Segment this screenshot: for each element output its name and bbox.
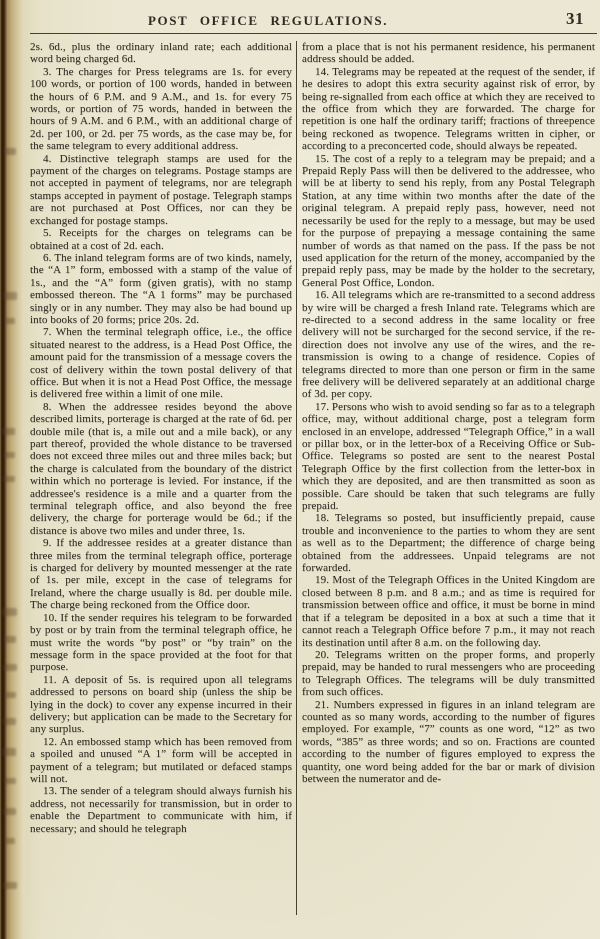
page-edge-artifact: [5, 692, 16, 698]
paragraph: 15. The cost of a reply to a telegram ma…: [302, 153, 595, 289]
book-binding-edge: [0, 0, 28, 939]
page-edge-artifact: [2, 428, 15, 435]
paragraph: 4. Distinctive telegraph stamps are used…: [30, 153, 292, 227]
paragraph: 19. Most of the Telegraph Offices in the…: [302, 574, 595, 648]
paragraph: 2s. 6d., plus the ordinary inland rate; …: [30, 41, 292, 66]
page-edge-artifact: [2, 608, 17, 616]
page-edge-artifact: [3, 718, 16, 725]
paragraph: 7. When the terminal telegraph office, i…: [30, 326, 292, 400]
page-edge-artifact: [4, 778, 16, 784]
column-divider: [296, 41, 297, 915]
header-rule: [30, 33, 597, 34]
paragraph: 16. All telegrams which are re-transmitt…: [302, 289, 595, 401]
paragraph: 6. The inland telegram forms are of two …: [30, 252, 292, 326]
paragraph: 9. If the addressee resides at a greater…: [30, 537, 292, 611]
page-header: POST OFFICE REGULATIONS. 31: [28, 9, 596, 33]
paragraph: 14. Telegrams may be repeated at the req…: [302, 66, 595, 153]
paragraph: 10. If the sender requires his telegram …: [30, 612, 292, 674]
paragraph: 11. A deposit of 5s. is required upon al…: [30, 674, 292, 736]
paragraph: 21. Numbers expressed in figures in an i…: [302, 699, 595, 786]
paragraph: 13. The sender of a telegram should alwa…: [30, 785, 292, 835]
paragraph: 17. Persons who wish to avoid sending so…: [302, 401, 595, 513]
page-edge-artifact: [4, 452, 15, 458]
page-edge-artifact: [4, 148, 16, 155]
text-columns: 2s. 6d., plus the ordinary inland rate; …: [30, 41, 595, 934]
paragraph: 3. The charges for Press telegrams are 1…: [30, 66, 292, 153]
paragraph: 5. Receipts for the charges on telegrams…: [30, 227, 292, 252]
page-title: POST OFFICE REGULATIONS.: [88, 13, 448, 29]
column-right: from a place that is not his permanent r…: [302, 41, 595, 934]
page-edge-artifact: [3, 292, 17, 300]
page-edge-artifact: [3, 664, 17, 671]
page-edge-artifact: [2, 748, 16, 756]
page-edge-artifact: [5, 318, 15, 324]
paragraph: 12. An embossed stamp which has been rem…: [30, 736, 292, 786]
paragraph: from a place that is not his permanent r…: [302, 41, 595, 66]
page-edge-artifact: [4, 636, 16, 643]
paragraph: 8. When the addressee resides beyond the…: [30, 401, 292, 537]
page-edge-artifact: [3, 808, 16, 815]
page-edge-artifact: [3, 476, 15, 482]
page-edge-artifact: [3, 882, 17, 889]
paragraph: 20. Telegrams written on the proper form…: [302, 649, 595, 699]
page-edge-artifact: [5, 838, 15, 844]
page-number: 31: [566, 9, 584, 29]
column-left: 2s. 6d., plus the ordinary inland rate; …: [30, 41, 292, 934]
paragraph: 18. Telegrams so posted, but insufficien…: [302, 512, 595, 574]
